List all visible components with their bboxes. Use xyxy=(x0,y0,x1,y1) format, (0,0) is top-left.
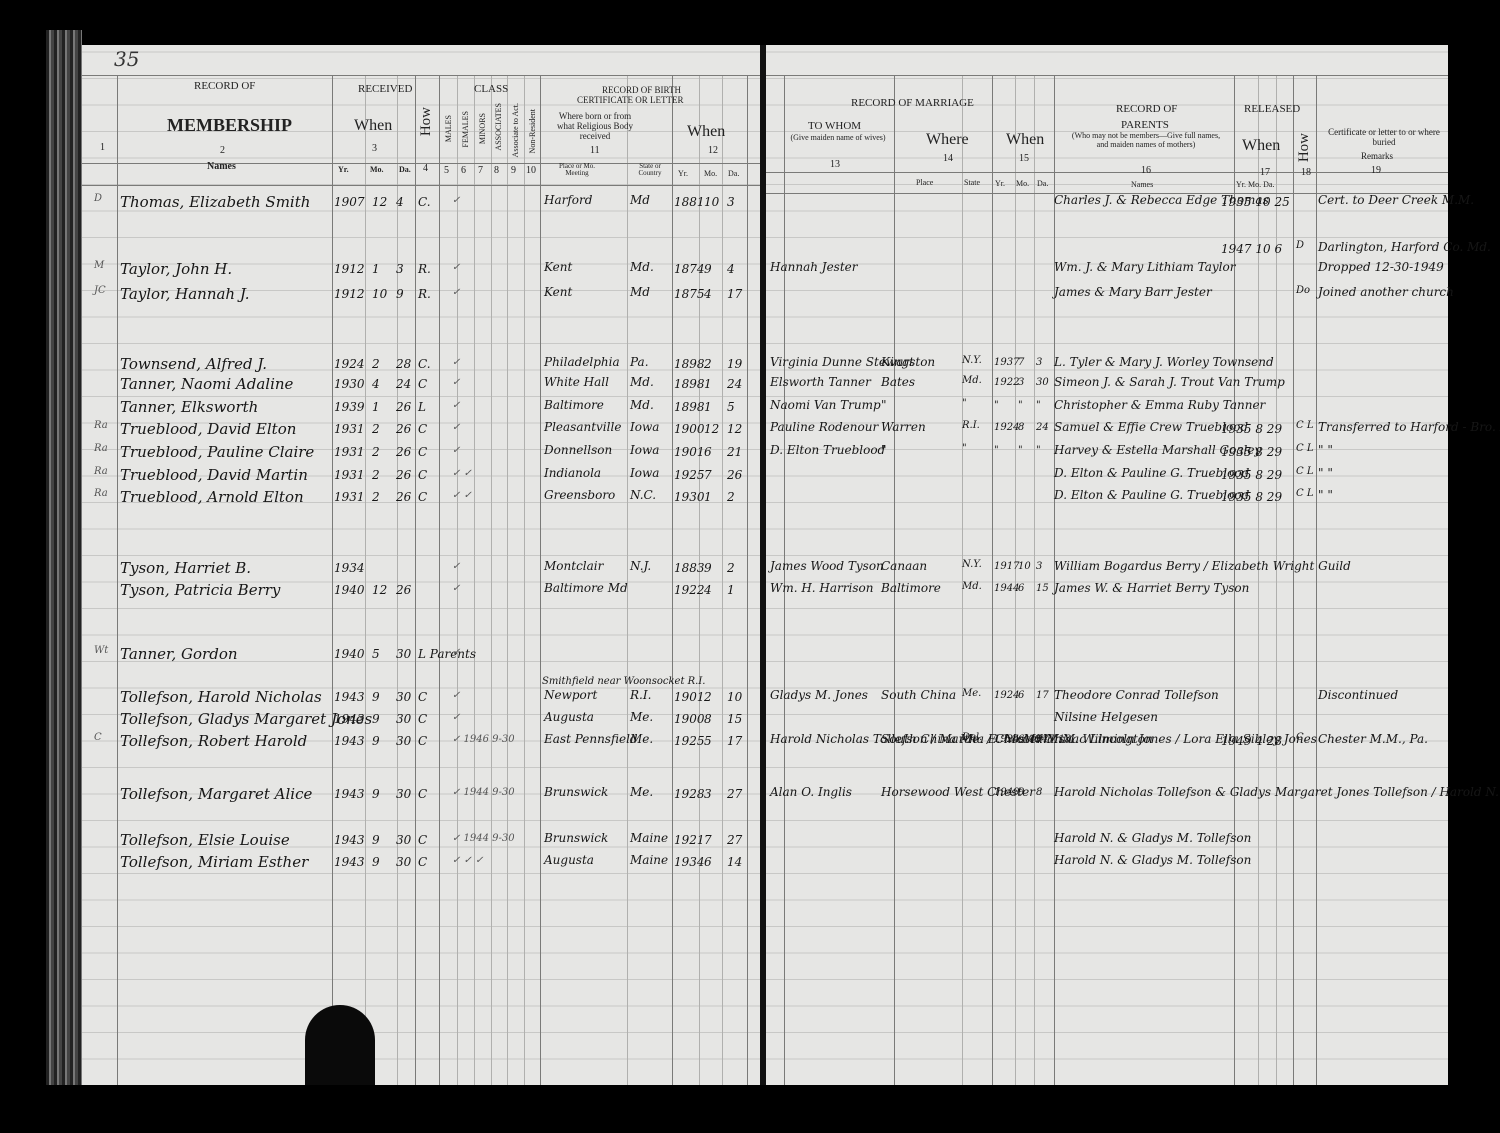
received-month: 5 xyxy=(372,647,380,661)
received-month: 9 xyxy=(372,690,380,704)
received-year: 1940 xyxy=(334,647,365,661)
class-mark: ✓ xyxy=(452,287,460,298)
col-number: 18 xyxy=(1301,167,1311,178)
header-birth-when: When xyxy=(687,123,725,141)
received-day: 30 xyxy=(396,712,411,726)
header-how: How xyxy=(418,107,435,136)
received-month: 4 xyxy=(372,377,380,391)
received-day: 26 xyxy=(396,422,411,436)
birth-month: 10 xyxy=(704,195,719,209)
birth-day: 14 xyxy=(727,855,742,869)
received-day: 30 xyxy=(396,734,411,748)
birth-year: 1900 xyxy=(674,422,705,436)
col-divider xyxy=(540,75,541,1085)
header-to-whom: TO WHOM xyxy=(808,120,861,132)
marriage-month: 8 xyxy=(1018,422,1024,433)
birth-day: 12 xyxy=(727,422,742,436)
birth-month: 7 xyxy=(704,468,712,482)
birth-state: Md. xyxy=(630,375,654,389)
marriage-state: " xyxy=(962,398,967,409)
released-how: C L xyxy=(1296,443,1313,454)
header-certificate: Certificate or letter to or where buried xyxy=(1324,127,1444,147)
marriage-month: 6 xyxy=(1018,583,1024,594)
received-year: 1931 xyxy=(334,490,365,504)
spouse-name: Naomi Van Trump xyxy=(770,398,881,412)
received-day: 30 xyxy=(396,787,411,801)
received-month: 1 xyxy=(372,400,380,414)
header-associate-to-act: Associate to Act. xyxy=(511,103,520,157)
birth-state: Maine xyxy=(630,831,668,845)
header-mo: Mo. xyxy=(704,169,717,178)
col-divider xyxy=(894,75,895,1085)
birth-month: 12 xyxy=(704,422,719,436)
birth-month: 2 xyxy=(704,690,712,704)
header-parents: PARENTS xyxy=(1121,119,1169,131)
col-divider xyxy=(1276,75,1277,1085)
parents-names: Nilsine Helgesen xyxy=(1054,710,1158,724)
header-parents-sub: (Who may not be members—Give full names,… xyxy=(1066,131,1226,149)
col-divider xyxy=(1034,75,1035,1085)
birth-state: N.J. xyxy=(630,559,651,573)
received-day: 30 xyxy=(396,690,411,704)
birth-day: 17 xyxy=(727,287,742,301)
class-mark: ✓ 1944 9-30 xyxy=(452,833,515,844)
received-year: 1924 xyxy=(334,357,365,371)
received-month: 9 xyxy=(372,712,380,726)
birth-place: Donnellson xyxy=(544,443,612,457)
remarks: Darlington, Harford Co. Md. xyxy=(1318,240,1491,254)
col-number: 7 xyxy=(478,165,483,176)
marriage-state: R.I. xyxy=(962,420,980,431)
received-month: 9 xyxy=(372,855,380,869)
birth-month: 6 xyxy=(704,855,712,869)
member-name: Tollefson, Robert Harold xyxy=(120,732,307,750)
released-date: 1935 8 29 xyxy=(1221,445,1282,459)
received-how: C xyxy=(418,712,427,726)
header-record-of: RECORD OF xyxy=(194,80,255,92)
birth-year: 1881 xyxy=(674,195,705,209)
header-females: FEMALES xyxy=(461,111,470,147)
released-how: C L xyxy=(1296,488,1313,499)
received-year: 1931 xyxy=(334,468,365,482)
member-name: Tollefson, Miriam Esther xyxy=(120,853,308,871)
received-year: 1943 xyxy=(334,833,365,847)
member-name: Tanner, Naomi Adaline xyxy=(120,375,293,393)
received-month: 1 xyxy=(372,262,380,276)
received-day: 9 xyxy=(396,287,404,301)
remarks: Joined another church xyxy=(1318,285,1454,299)
member-mark: Ra xyxy=(94,443,108,454)
received-year: 1930 xyxy=(334,377,365,391)
received-month: 2 xyxy=(372,468,380,482)
birth-year: 1928 xyxy=(674,787,705,801)
marriage-year: 1937 xyxy=(994,357,1019,368)
received-how: C xyxy=(418,734,427,748)
birth-month: 9 xyxy=(704,561,712,575)
birth-state: Md. xyxy=(630,260,654,274)
received-day: 26 xyxy=(396,400,411,414)
header-yr: Yr. xyxy=(995,179,1005,188)
header-mo: Mo. xyxy=(370,165,384,174)
page-number: 35 xyxy=(114,47,139,71)
parents-names: Harold N. & Gladys M. Tollefson xyxy=(1054,831,1251,845)
col-divider xyxy=(1234,75,1235,1085)
marriage-year: 1924 xyxy=(994,690,1019,701)
remarks: Chester M.M., Pa. xyxy=(1318,732,1428,746)
member-name: Townsend, Alfred J. xyxy=(120,355,267,373)
birth-month: 4 xyxy=(704,583,712,597)
received-year: 1943 xyxy=(334,712,365,726)
marriage-place: Baltimore xyxy=(881,581,941,595)
marriage-place: " xyxy=(881,398,887,412)
birth-day: 1 xyxy=(727,583,735,597)
member-mark: Wt xyxy=(94,645,108,656)
received-year: 1943 xyxy=(334,734,365,748)
col-number: 1 xyxy=(100,142,105,153)
class-mark: ✓ ✓ ✓ xyxy=(452,855,484,866)
parents-names: D. Elton & Pauline G. Trueblood xyxy=(1054,466,1249,480)
received-day: 26 xyxy=(396,583,411,597)
birth-year: 1934 xyxy=(674,855,705,869)
birth-place: Brunswick xyxy=(544,785,608,799)
received-day: 26 xyxy=(396,490,411,504)
class-mark: ✓ xyxy=(452,712,460,723)
parents-names: James & Mary Barr Jester xyxy=(1054,285,1212,299)
received-year: 1943 xyxy=(334,690,365,704)
marriage-state: N.Y. xyxy=(962,355,982,366)
released-date: 1949 4 28 xyxy=(1221,734,1282,748)
col-number: 5 xyxy=(444,165,449,176)
released-date: 1935 10 25 xyxy=(1221,195,1290,209)
marriage-place: Kingston xyxy=(881,355,935,369)
marriage-month: 9 xyxy=(1018,787,1024,798)
received-day: 26 xyxy=(396,468,411,482)
class-mark: ✓ ✓ xyxy=(452,490,472,501)
class-mark: ✓ xyxy=(452,561,460,572)
birth-place: Baltimore Md xyxy=(544,581,628,595)
col-number: 11 xyxy=(590,145,600,156)
birth-state: Me. xyxy=(630,710,653,724)
col-number: 17 xyxy=(1260,167,1270,178)
header-received: RECEIVED xyxy=(358,83,412,95)
received-how: C xyxy=(418,445,427,459)
class-mark: ✓ 1946 9-30 xyxy=(452,734,515,745)
birth-place: Pleasantville xyxy=(544,420,621,434)
birth-month: 8 xyxy=(704,712,712,726)
class-mark: ✓ xyxy=(452,583,460,594)
received-day: 30 xyxy=(396,833,411,847)
member-name: Tollefson, Elsie Louise xyxy=(120,831,290,849)
birth-month: 9 xyxy=(704,262,712,276)
member-name: Taylor, Hannah J. xyxy=(120,285,249,303)
birth-place: Philadelphia xyxy=(544,355,620,369)
marriage-year: " xyxy=(994,400,999,411)
birth-state: Maine xyxy=(630,853,668,867)
marriage-place: Canaan xyxy=(881,559,927,573)
class-mark: ✓ xyxy=(452,422,460,433)
received-year: 1943 xyxy=(334,787,365,801)
birth-day: 10 xyxy=(727,690,742,704)
birth-day: 2 xyxy=(727,561,735,575)
member-name: Trueblood, Arnold Elton xyxy=(120,488,304,506)
col-divider xyxy=(722,75,723,1085)
member-name: Tanner, Elksworth xyxy=(120,398,258,416)
header-da: Da. xyxy=(399,165,411,174)
spouse-name: Pauline Rodenour xyxy=(770,420,878,434)
spouse-name: Hannah Jester xyxy=(770,260,858,274)
col-number: 13 xyxy=(830,159,840,170)
col-number: 15 xyxy=(1019,153,1029,164)
parents-names: Harold Nicholas Tollefson & Gladys Marga… xyxy=(1054,785,1500,799)
marriage-month: 3 xyxy=(1018,377,1024,388)
header-parents-title: RECORD OF xyxy=(1116,103,1177,115)
marriage-state: Del. xyxy=(962,732,982,743)
received-day: 28 xyxy=(396,357,411,371)
col-number: 6 xyxy=(461,165,466,176)
birth-state: Pa. xyxy=(630,355,649,369)
received-day: 30 xyxy=(396,855,411,869)
birth-place: Baltimore xyxy=(544,398,604,412)
received-day: 30 xyxy=(396,647,411,661)
member-mark: JC xyxy=(94,285,106,296)
col-divider xyxy=(1015,75,1016,1085)
book-page-edges xyxy=(46,30,82,1090)
birth-year: 1922 xyxy=(674,583,705,597)
marriage-day: 17 xyxy=(1036,690,1049,701)
header-birth-title: CERTIFICATE OR LETTER xyxy=(577,95,683,105)
header-when: When xyxy=(1006,131,1044,149)
birth-year: 1875 xyxy=(674,287,705,301)
birth-place: Augusta xyxy=(544,853,594,867)
received-how: C. xyxy=(418,357,431,371)
marriage-month: 10 xyxy=(1018,561,1031,572)
birth-place: Newport xyxy=(544,688,597,702)
birth-place: Indianola xyxy=(544,466,601,480)
header-top-rule xyxy=(82,75,762,76)
header-state: State or Country xyxy=(630,163,670,177)
col-number: 14 xyxy=(943,153,953,164)
col-divider xyxy=(747,75,748,1085)
col-number: 4 xyxy=(423,163,428,174)
received-year: 1931 xyxy=(334,422,365,436)
birth-day: 3 xyxy=(727,195,735,209)
parents-names: Harold N. & Gladys M. Tollefson xyxy=(1054,853,1251,867)
spouse-name: D. Elton Trueblood xyxy=(770,443,885,457)
birth-state: Md xyxy=(630,193,650,207)
member-name: Taylor, John H. xyxy=(120,260,232,278)
received-how: C xyxy=(418,787,427,801)
birth-state: Me. xyxy=(630,732,653,746)
col-divider xyxy=(992,75,993,1085)
birth-place: Greensboro xyxy=(544,488,615,502)
col-divider xyxy=(784,75,785,1085)
member-mark: Ra xyxy=(94,488,108,499)
col-divider xyxy=(627,75,628,1085)
marriage-day: 30 xyxy=(1036,377,1049,388)
received-year: 1931 xyxy=(334,445,365,459)
marriage-place: Warren xyxy=(881,420,926,434)
birth-year: 1925 xyxy=(674,734,705,748)
marriage-place: Bates xyxy=(881,375,915,389)
received-year: 1912 xyxy=(334,287,365,301)
class-mark: ✓ xyxy=(452,262,460,273)
col-divider xyxy=(1054,75,1055,1085)
marriage-month: 6 xyxy=(1018,690,1024,701)
birth-day: 15 xyxy=(727,712,742,726)
received-year: 1939 xyxy=(334,400,365,414)
member-mark: D xyxy=(94,193,102,204)
received-how: L Parents xyxy=(418,647,476,661)
birth-place: Brunswick xyxy=(544,831,608,845)
header-when: When xyxy=(354,117,392,135)
birth-place: White Hall xyxy=(544,375,609,389)
birth-year: 1898 xyxy=(674,400,705,414)
marriage-place: South China xyxy=(881,688,956,702)
released-how: C xyxy=(1296,732,1304,743)
col-divider xyxy=(962,75,963,1085)
header-class: CLASS xyxy=(474,83,508,95)
received-month: 2 xyxy=(372,490,380,504)
birth-day: 24 xyxy=(727,377,742,391)
scan-border xyxy=(0,1085,1500,1133)
received-month: 2 xyxy=(372,445,380,459)
member-name: Tyson, Patricia Berry xyxy=(120,581,280,599)
marriage-year: 1917 xyxy=(994,561,1019,572)
col-divider xyxy=(507,75,508,1085)
marriage-day: 3 xyxy=(1036,561,1042,572)
header-ymd: Yr. Mo. Da. xyxy=(1236,180,1274,189)
birth-year: 1898 xyxy=(674,357,705,371)
col-divider xyxy=(1293,75,1294,1085)
col-divider xyxy=(117,75,118,1085)
birth-year: 1921 xyxy=(674,833,705,847)
col-divider xyxy=(1316,75,1317,1085)
header-where: Where xyxy=(926,131,969,149)
released-how: D xyxy=(1296,240,1304,251)
class-mark: ✓ xyxy=(452,195,460,206)
received-how: C xyxy=(418,690,427,704)
received-day: 4 xyxy=(396,195,404,209)
marriage-state: Md. xyxy=(962,581,982,592)
header-released: RELEASED xyxy=(1244,103,1300,115)
col-divider xyxy=(457,75,458,1085)
birth-year: 1901 xyxy=(674,445,705,459)
released-date: 1935 8 29 xyxy=(1221,468,1282,482)
birth-state: Md. xyxy=(630,398,654,412)
birth-state: R.I. xyxy=(630,688,651,702)
birth-state: Me. xyxy=(630,785,653,799)
parents-names: Simeon J. & Sarah J. Trout Van Trump xyxy=(1054,375,1285,389)
header-males: MALES xyxy=(444,115,453,142)
birth-month: 2 xyxy=(704,357,712,371)
birth-day: 27 xyxy=(727,787,742,801)
spouse-name: Gladys M. Jones xyxy=(770,688,868,702)
col-divider xyxy=(415,75,416,1085)
received-how: C xyxy=(418,490,427,504)
received-how: C xyxy=(418,468,427,482)
header-bottom-rule xyxy=(82,185,762,186)
header-place: Place or Mo. Meeting xyxy=(552,163,602,177)
received-month: 2 xyxy=(372,357,380,371)
birth-day: 27 xyxy=(727,833,742,847)
received-how: C xyxy=(418,422,427,436)
header-marriage: RECORD OF MARRIAGE xyxy=(851,97,974,109)
birth-year: 1900 xyxy=(674,712,705,726)
parents-names: Christopher & Emma Ruby Tanner xyxy=(1054,398,1265,412)
col-divider xyxy=(672,75,673,1085)
member-name: Tyson, Harriet B. xyxy=(120,559,251,577)
released-how: Do xyxy=(1296,285,1310,296)
header-where-born: Where born or from what Religious Body r… xyxy=(550,111,640,141)
member-mark: Ra xyxy=(94,466,108,477)
released-how: C L xyxy=(1296,420,1313,431)
col-number: 19 xyxy=(1371,165,1381,176)
received-month: 12 xyxy=(372,195,387,209)
received-year: 1934 xyxy=(334,561,365,575)
birth-month: 3 xyxy=(704,787,712,801)
birth-state: Iowa xyxy=(630,420,659,434)
header-names: Names xyxy=(207,161,236,172)
received-month: 10 xyxy=(372,287,387,301)
parents-names: L. Tyler & Mary J. Worley Townsend xyxy=(1054,355,1274,369)
shoe-shadow xyxy=(305,1005,375,1095)
member-mark: C xyxy=(94,732,102,743)
marriage-day: 8 xyxy=(1036,787,1042,798)
remarks: " " xyxy=(1318,466,1333,480)
birth-day: 17 xyxy=(727,734,742,748)
parents-names: D. Elton & Pauline G. Trueblood xyxy=(1054,488,1249,502)
birth-day: 5 xyxy=(727,400,735,414)
marriage-month: " xyxy=(1018,400,1023,411)
header-state: State xyxy=(964,178,980,187)
birth-day: 4 xyxy=(727,262,735,276)
received-year: 1907 xyxy=(334,195,365,209)
received-month: 12 xyxy=(372,583,387,597)
col-number: 12 xyxy=(708,145,718,156)
birth-month: 1 xyxy=(704,377,712,391)
remarks: Discontinued xyxy=(1318,688,1398,702)
header-to-whom-sub: (Give maiden name of wives) xyxy=(788,133,888,142)
col-divider xyxy=(1258,75,1259,1085)
birth-state: Iowa xyxy=(630,466,659,480)
marriage-month: " xyxy=(1018,445,1023,456)
received-year: 1943 xyxy=(334,855,365,869)
released-how: C L xyxy=(1296,466,1313,477)
marriage-month: 7 xyxy=(1018,357,1024,368)
header-yr: Yr. xyxy=(338,165,349,174)
marriage-day: 15 xyxy=(1036,583,1049,594)
received-month: 2 xyxy=(372,422,380,436)
class-mark: ✓ xyxy=(452,690,460,701)
member-name: Tollefson, Harold Nicholas xyxy=(120,688,322,706)
member-name: Trueblood, Pauline Claire xyxy=(120,443,314,461)
class-mark: ✓ 1944 9-30 xyxy=(452,787,515,798)
col-divider xyxy=(474,75,475,1085)
header-da: Da. xyxy=(1037,179,1048,188)
received-how: C xyxy=(418,377,427,391)
birth-place: Kent xyxy=(544,260,572,274)
col-divider xyxy=(491,75,492,1085)
birth-year: 1874 xyxy=(674,262,705,276)
received-how: C xyxy=(418,855,427,869)
class-mark: ✓ xyxy=(452,377,460,388)
header-remarks: Remarks xyxy=(1361,151,1393,161)
birth-place: Harford xyxy=(544,193,592,207)
class-mark: ✓ xyxy=(452,400,460,411)
col-divider xyxy=(365,75,366,1085)
col-divider xyxy=(524,75,525,1085)
birth-place: Kent xyxy=(544,285,572,299)
